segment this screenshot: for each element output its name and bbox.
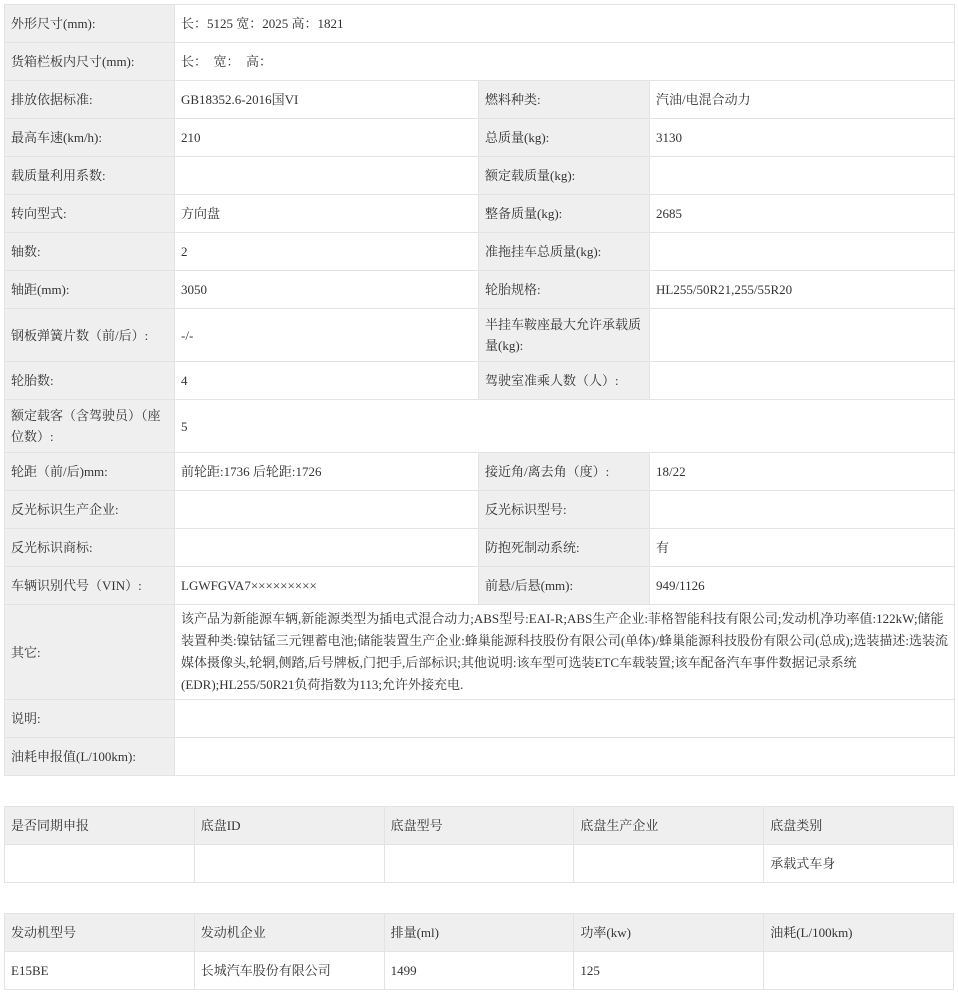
engine-row: E15BE 长城汽车股份有限公司 1499 125 (5, 952, 954, 990)
spec-label: 前悬/后悬(mm): (479, 567, 650, 605)
passengers-label: 额定载客（含驾驶员）（座位数）: (5, 400, 175, 453)
spec-value (650, 491, 955, 529)
chassis-header: 是否同期申报 (5, 807, 195, 845)
engine-cell: E15BE (5, 952, 195, 990)
spec-label: 整备质量(kg): (479, 195, 650, 233)
note-label: 说明: (5, 700, 175, 738)
spec-value: 18/22 (650, 453, 955, 491)
spec-label: 接近角/离去角（度）: (479, 453, 650, 491)
chassis-cell: 承载式车身 (764, 845, 954, 883)
chassis-header-row: 是否同期申报 底盘ID 底盘型号 底盘生产企业 底盘类别 (5, 807, 954, 845)
spec-value: 前轮距:1736 后轮距:1726 (175, 453, 479, 491)
spec-value: 949/1126 (650, 567, 955, 605)
spec-row: 车辆识别代号（VIN）: LGWFGVA7××××××××× 前悬/后悬(mm)… (5, 567, 955, 605)
chassis-cell (574, 845, 764, 883)
spec-row: 排放依据标准: GB18352.6-2016国VI 燃料种类: 汽油/电混合动力 (5, 81, 955, 119)
spec-value (175, 157, 479, 195)
spec-label: 最高车速(km/h): (5, 119, 175, 157)
spec-label: 轮距（前/后)mm: (5, 453, 175, 491)
spec-value: 3050 (175, 271, 479, 309)
vehicle-spec-table: 外形尺寸(mm): 长：5125 宽：2025 高：1821 货箱栏板内尺寸(m… (4, 4, 955, 776)
engine-header: 油耗(L/100km) (764, 914, 954, 952)
fuel-declared-value (175, 738, 955, 776)
spec-row: 轴数: 2 准拖挂车总质量(kg): (5, 233, 955, 271)
spec-label: 反光标识生产企业: (5, 491, 175, 529)
spec-row-note: 说明: (5, 700, 955, 738)
cargo-box-label: 货箱栏板内尺寸(mm): (5, 43, 175, 81)
chassis-header: 底盘ID (194, 807, 384, 845)
spec-row-fuel-declared: 油耗申报值(L/100km): (5, 738, 955, 776)
cargo-box-value: 长： 宽： 高： (175, 43, 955, 81)
spec-value (650, 309, 955, 362)
spec-row: 轮距（前/后)mm: 前轮距:1736 后轮距:1726 接近角/离去角（度）:… (5, 453, 955, 491)
spec-label: 反光标识型号: (479, 491, 650, 529)
engine-header: 功率(kw) (574, 914, 764, 952)
spec-label: 钢板弹簧片数（前/后）: (5, 309, 175, 362)
engine-header: 排量(ml) (384, 914, 574, 952)
spec-value: -/- (175, 309, 479, 362)
spec-value: 3130 (650, 119, 955, 157)
spec-value: 2685 (650, 195, 955, 233)
spec-value (175, 529, 479, 567)
chassis-table: 是否同期申报 底盘ID 底盘型号 底盘生产企业 底盘类别 承载式车身 (4, 806, 954, 883)
spec-value: 有 (650, 529, 955, 567)
chassis-header: 底盘类别 (764, 807, 954, 845)
other-label: 其它: (5, 605, 175, 700)
spec-row-other: 其它: 该产品为新能源车辆,新能源类型为插电式混合动力;ABS型号:EAI-R;… (5, 605, 955, 700)
spec-label: 准拖挂车总质量(kg): (479, 233, 650, 271)
engine-cell: 长城汽车股份有限公司 (194, 952, 384, 990)
spec-value: 方向盘 (175, 195, 479, 233)
spec-label: 防抱死制动系统: (479, 529, 650, 567)
spec-row-cargo-box: 货箱栏板内尺寸(mm): 长： 宽： 高： (5, 43, 955, 81)
spec-label: 轴数: (5, 233, 175, 271)
spec-value (650, 233, 955, 271)
chassis-cell (5, 845, 195, 883)
spec-label: 载质量利用系数: (5, 157, 175, 195)
engine-cell (764, 952, 954, 990)
spec-row: 载质量利用系数: 额定载质量(kg): (5, 157, 955, 195)
spec-label: 轴距(mm): (5, 271, 175, 309)
spec-row: 转向型式: 方向盘 整备质量(kg): 2685 (5, 195, 955, 233)
chassis-header: 底盘生产企业 (574, 807, 764, 845)
chassis-row: 承载式车身 (5, 845, 954, 883)
spec-row-passengers: 额定载客（含驾驶员）（座位数）: 5 (5, 400, 955, 453)
spec-value (175, 491, 479, 529)
engine-cell: 125 (574, 952, 764, 990)
spec-row: 反光标识商标: 防抱死制动系统: 有 (5, 529, 955, 567)
dimensions-value: 长：5125 宽：2025 高：1821 (175, 5, 955, 43)
engine-header: 发动机企业 (194, 914, 384, 952)
spec-label: 排放依据标准: (5, 81, 175, 119)
note-value (175, 700, 955, 738)
spec-row: 最高车速(km/h): 210 总质量(kg): 3130 (5, 119, 955, 157)
spec-label: 转向型式: (5, 195, 175, 233)
spec-value: 4 (175, 362, 479, 400)
spec-value: HL255/50R21,255/55R20 (650, 271, 955, 309)
passengers-value: 5 (175, 400, 955, 453)
engine-header: 发动机型号 (5, 914, 195, 952)
spec-value: 汽油/电混合动力 (650, 81, 955, 119)
spec-label: 额定载质量(kg): (479, 157, 650, 195)
fuel-declared-label: 油耗申报值(L/100km): (5, 738, 175, 776)
chassis-header: 底盘型号 (384, 807, 574, 845)
chassis-cell (194, 845, 384, 883)
chassis-cell (384, 845, 574, 883)
spec-label: 反光标识商标: (5, 529, 175, 567)
vehicle-spec-page: 外形尺寸(mm): 长：5125 宽：2025 高：1821 货箱栏板内尺寸(m… (4, 4, 954, 990)
engine-header-row: 发动机型号 发动机企业 排量(ml) 功率(kw) 油耗(L/100km) (5, 914, 954, 952)
spec-value: LGWFGVA7××××××××× (175, 567, 479, 605)
spec-label: 燃料种类: (479, 81, 650, 119)
spec-label: 总质量(kg): (479, 119, 650, 157)
spec-row: 轴距(mm): 3050 轮胎规格: HL255/50R21,255/55R20 (5, 271, 955, 309)
spec-value (650, 362, 955, 400)
other-value: 该产品为新能源车辆,新能源类型为插电式混合动力;ABS型号:EAI-R;ABS生… (175, 605, 955, 700)
spec-row: 轮胎数: 4 驾驶室准乘人数（人）: (5, 362, 955, 400)
spec-label: 轮胎规格: (479, 271, 650, 309)
spec-value: 210 (175, 119, 479, 157)
spec-label: 驾驶室准乘人数（人）: (479, 362, 650, 400)
spec-row-dimensions: 外形尺寸(mm): 长：5125 宽：2025 高：1821 (5, 5, 955, 43)
engine-table: 发动机型号 发动机企业 排量(ml) 功率(kw) 油耗(L/100km) E1… (4, 913, 954, 990)
spec-value: 2 (175, 233, 479, 271)
dimensions-label: 外形尺寸(mm): (5, 5, 175, 43)
spec-value (650, 157, 955, 195)
engine-cell: 1499 (384, 952, 574, 990)
spec-row: 钢板弹簧片数（前/后）: -/- 半挂车鞍座最大允许承载质量(kg): (5, 309, 955, 362)
spec-row: 反光标识生产企业: 反光标识型号: (5, 491, 955, 529)
spec-label: 车辆识别代号（VIN）: (5, 567, 175, 605)
spec-value: GB18352.6-2016国VI (175, 81, 479, 119)
spec-label: 轮胎数: (5, 362, 175, 400)
spec-label: 半挂车鞍座最大允许承载质量(kg): (479, 309, 650, 362)
